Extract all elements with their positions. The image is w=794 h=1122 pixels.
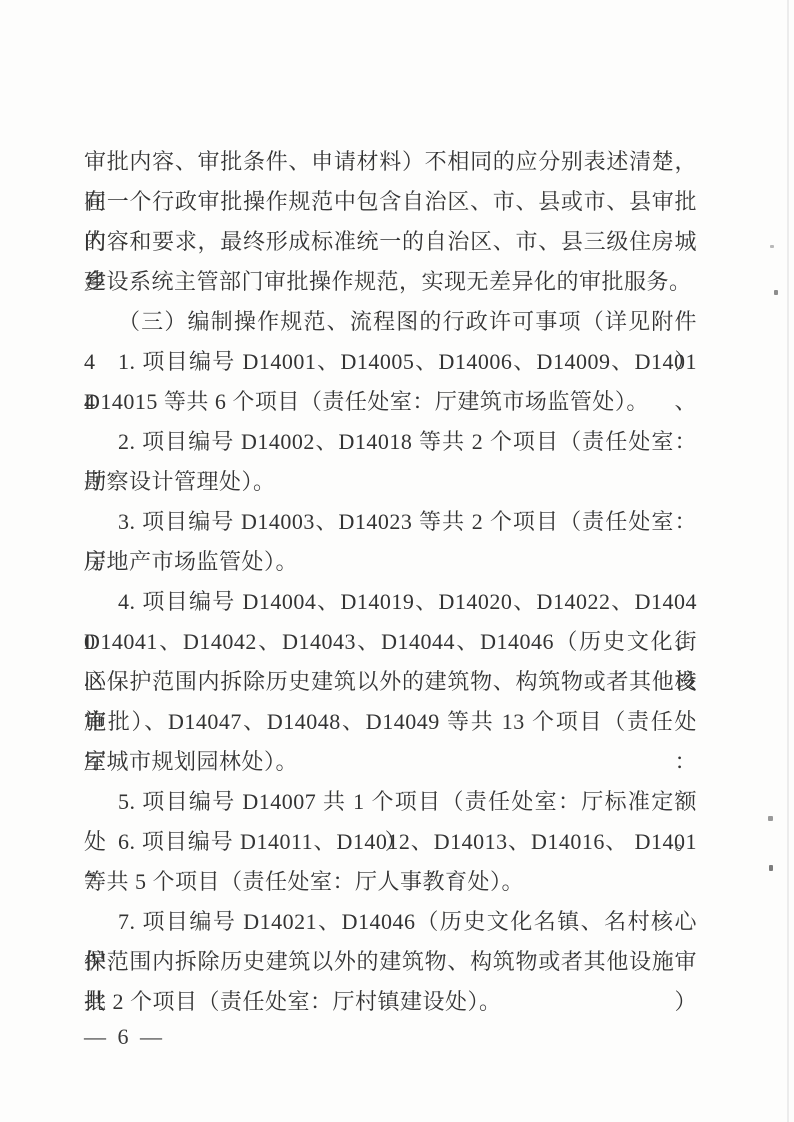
- page-number-footer: — 6 —: [84, 1022, 165, 1052]
- scan-speck: [769, 865, 773, 871]
- text-line: 5. 项目编号 D14007 共 1 个项目（责任处室：厅标准定额处）。: [84, 782, 697, 822]
- text-line: 2. 项目编号 D14002、D14018 等共 2 个项目（责任处室：厅: [84, 422, 697, 462]
- scan-speck: [768, 816, 773, 821]
- scan-speck: [770, 245, 774, 248]
- text-line: 内容和要求，最终形成标准统一的自治区、市、县三级住房城乡: [84, 222, 697, 262]
- text-line: D14041、D14042、D14043、D14044、D14046（历史文化街…: [84, 622, 697, 662]
- scan-speck: [774, 290, 778, 295]
- text-line: 心保护范围内拆除历史建筑以外的建筑物、构筑物或者其他设施: [84, 662, 697, 702]
- text-line: 4. 项目编号 D14004、D14019、D14020、D14022、D140…: [84, 582, 697, 622]
- text-line: 1. 项目编号 D14001、D14005、D14006、D14009、D140…: [84, 342, 697, 382]
- text-line: 房地产市场监管处）。: [84, 542, 697, 582]
- text-line: D14015 等共 6 个项目（责任处室：厅建筑市场监管处）。: [84, 382, 697, 422]
- text-line: 护范围内拆除历史建筑以外的建筑物、构筑物或者其他设施审批）: [84, 942, 697, 982]
- text-line: 建设系统主管部门审批操作规范，实现无差异化的审批服务。: [84, 262, 697, 302]
- text-line: 审批）、D14047、D14048、D14049 等共 13 个项目（责任处室：: [84, 702, 697, 742]
- text-line: 审批内容、审批条件、申请材料）不相同的应分别表述清楚，在: [84, 142, 697, 182]
- text-line: 等共 5 个项目（责任处室：厅人事教育处）。: [84, 862, 697, 902]
- scan-page-edge-line: [787, 0, 789, 1122]
- document-body: 审批内容、审批条件、申请材料）不相同的应分别表述清楚，在 同一个行政审批操作规范…: [84, 142, 697, 1022]
- text-line: 7. 项目编号 D14021、D14046（历史文化名镇、名村核心保: [84, 902, 697, 942]
- text-line: 6. 项目编号 D14011、D14012、D14013、D14016、 D14…: [84, 822, 697, 862]
- text-line: 同一个行政审批操作规范中包含自治区、市、县或市、县审批的: [84, 182, 697, 222]
- text-line: （三）编制操作规范、流程图的行政许可事项（详见附件4）: [84, 302, 697, 342]
- text-line: 勘察设计管理处）。: [84, 462, 697, 502]
- document-page: 审批内容、审批条件、申请材料）不相同的应分别表述清楚，在 同一个行政审批操作规范…: [0, 0, 794, 1122]
- text-line: 3. 项目编号 D14003、D14023 等共 2 个项目（责任处室：厅: [84, 502, 697, 542]
